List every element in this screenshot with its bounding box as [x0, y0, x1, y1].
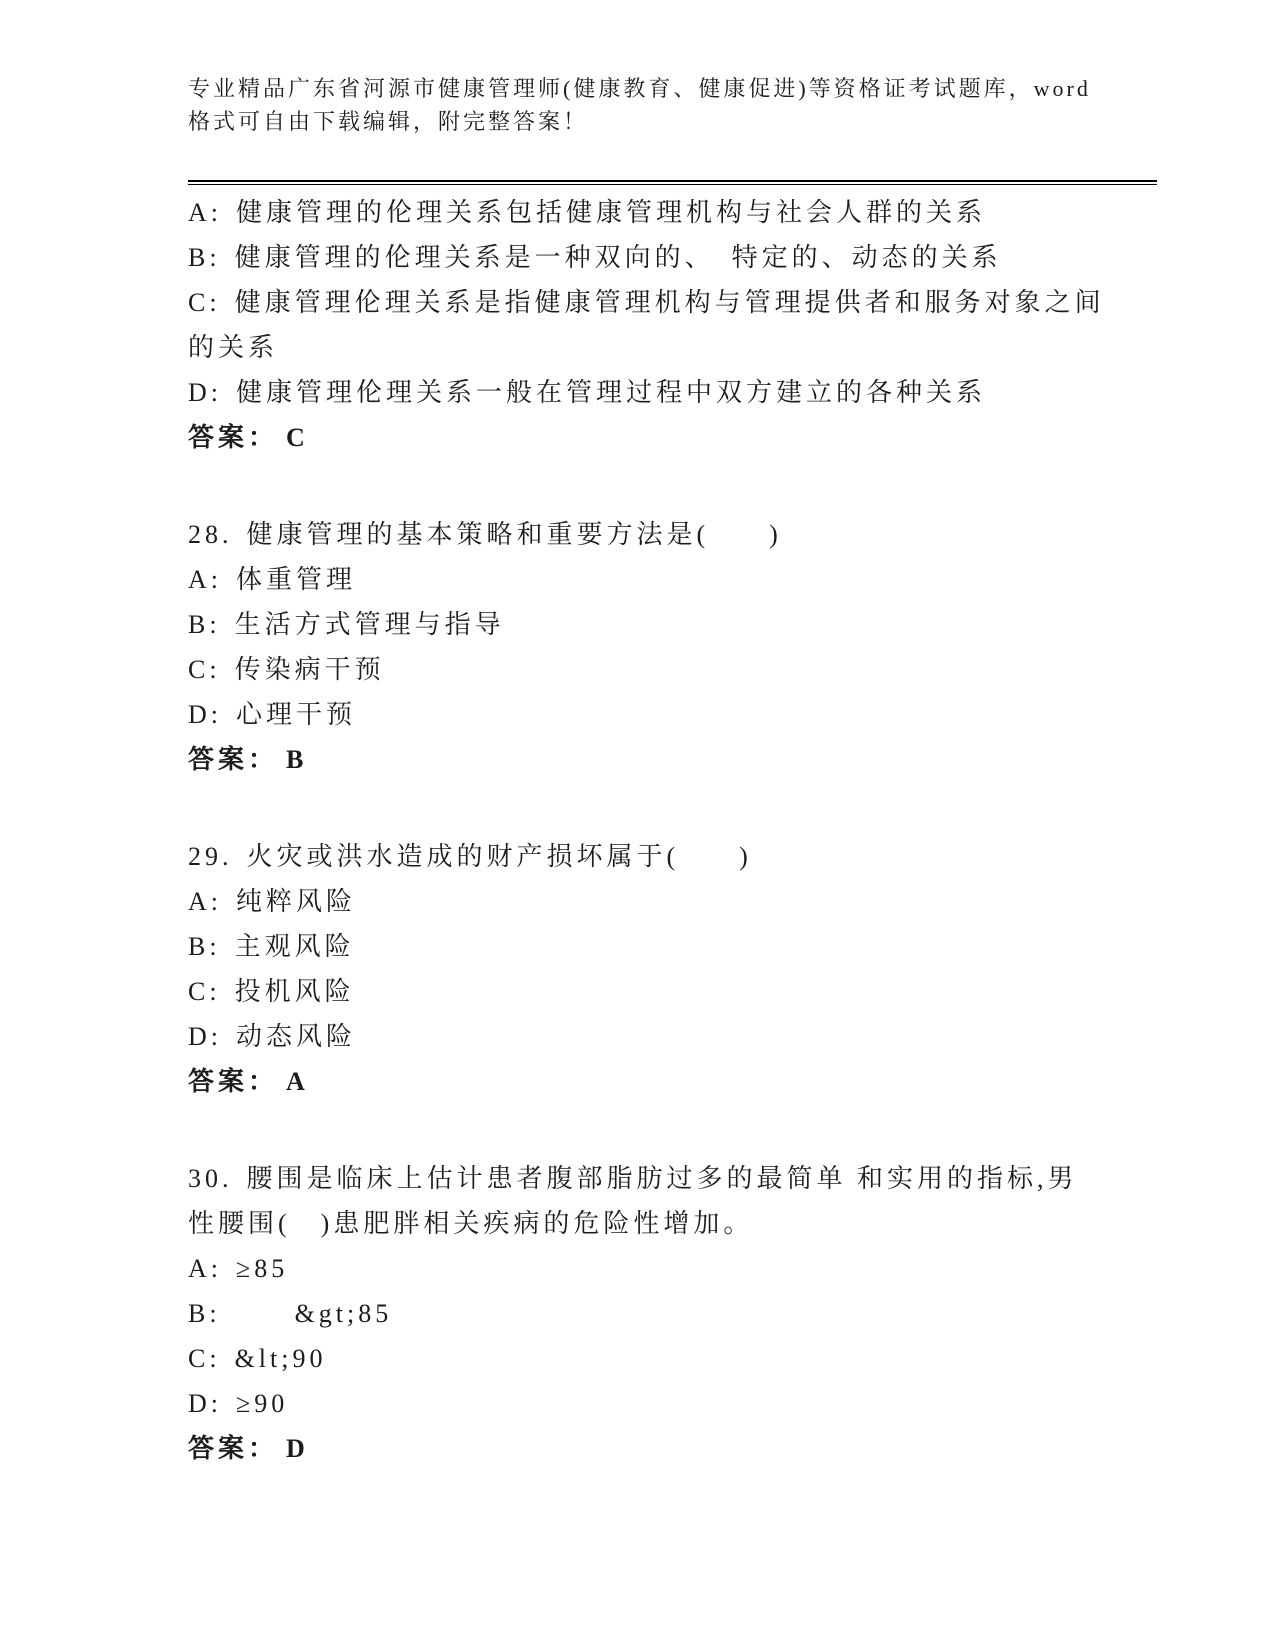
- option-text: ≥90: [236, 1389, 288, 1418]
- option-label: B:: [188, 243, 221, 272]
- option-row: C:&lt;90: [188, 1336, 1157, 1381]
- question-block-30: 30.腰围是临床上估计患者腹部脂肪过多的最简单 和实用的指标,男 性腰围( )患…: [188, 1156, 1157, 1471]
- option-label: A:: [188, 198, 222, 227]
- option-row: B:健康管理的伦理关系是一种双向的、 特定的、动态的关系: [188, 235, 1157, 280]
- option-text: 健康管理的伦理关系包括健康管理机构与社会人群的关系: [236, 198, 986, 227]
- option-row: C:传染病干预: [188, 647, 1157, 692]
- option-label: D:: [188, 700, 222, 729]
- answer-label: 答案：: [188, 1067, 278, 1096]
- option-text: 投机风险: [235, 977, 355, 1006]
- document-header: 专业精品广东省河源市健康管理师(健康教育、健康促进)等资格证考试题库，word …: [188, 72, 1157, 185]
- question-stem: 30.腰围是临床上估计患者腹部脂肪过多的最简单 和实用的指标,男 性腰围( )患…: [188, 1156, 1157, 1246]
- option-label: B:: [188, 1299, 221, 1328]
- option-row: B:主观风险: [188, 924, 1157, 969]
- answer-label: 答案：: [188, 1434, 278, 1463]
- answer-row: 答案：A: [188, 1059, 1157, 1104]
- option-label: A:: [188, 887, 222, 916]
- option-text: 心理干预: [236, 700, 356, 729]
- option-label: A:: [188, 565, 222, 594]
- answer-label: 答案：: [188, 745, 278, 774]
- option-row: A:纯粹风险: [188, 879, 1157, 924]
- option-text: 主观风险: [235, 932, 355, 961]
- question-text: 健康管理的基本策略和重要方法是( ): [247, 520, 782, 549]
- header-text: 专业精品广东省河源市健康管理师(健康教育、健康促进)等资格证考试题库，word …: [188, 72, 1157, 138]
- option-label: C:: [188, 288, 221, 317]
- option-row: A:体重管理: [188, 557, 1157, 602]
- option-label: C:: [188, 1344, 221, 1373]
- option-text: 动态风险: [236, 1022, 356, 1051]
- question-number: 29.: [188, 842, 233, 871]
- option-text: 健康管理的伦理关系是一种双向的、 特定的、动态的关系: [235, 243, 1002, 272]
- option-row: D:≥90: [188, 1381, 1157, 1426]
- option-row: B: &gt;85: [188, 1291, 1157, 1336]
- option-row: D:心理干预: [188, 692, 1157, 737]
- answer-row: 答案：B: [188, 737, 1157, 782]
- document-page: 专业精品广东省河源市健康管理师(健康教育、健康促进)等资格证考试题库，word …: [0, 0, 1275, 1650]
- answer-row: 答案：D: [188, 1426, 1157, 1471]
- option-row: D:动态风险: [188, 1014, 1157, 1059]
- option-text: 健康管理伦理关系一般在管理过程中双方建立的各种关系: [236, 378, 986, 407]
- option-label: C:: [188, 655, 221, 684]
- question-number: 28.: [188, 520, 233, 549]
- answer-value: A: [286, 1067, 309, 1096]
- option-label: B:: [188, 610, 221, 639]
- option-row: B:生活方式管理与指导: [188, 602, 1157, 647]
- option-label: D:: [188, 1389, 222, 1418]
- option-label: C:: [188, 977, 221, 1006]
- option-row: C:健康管理伦理关系是指健康管理机构与管理提供者和服务对象之间 的关系: [188, 280, 1157, 370]
- option-label: D:: [188, 1022, 222, 1051]
- option-text: 生活方式管理与指导: [235, 610, 505, 639]
- option-row: C:投机风险: [188, 969, 1157, 1014]
- option-text: ≥85: [236, 1254, 288, 1283]
- question-block-29: 29.火灾或洪水造成的财产损坏属于( ) A:纯粹风险 B:主观风险 C:投机风…: [188, 834, 1157, 1104]
- answer-value: B: [286, 745, 307, 774]
- option-label: B:: [188, 932, 221, 961]
- question-stem: 29.火灾或洪水造成的财产损坏属于( ): [188, 834, 1157, 879]
- answer-row: 答案：C: [188, 415, 1157, 460]
- question-text: 火灾或洪水造成的财产损坏属于( ): [247, 842, 752, 871]
- option-text: 体重管理: [236, 565, 356, 594]
- option-row: A:≥85: [188, 1246, 1157, 1291]
- question-block-27: A:健康管理的伦理关系包括健康管理机构与社会人群的关系 B:健康管理的伦理关系是…: [188, 190, 1157, 460]
- answer-value: D: [286, 1434, 309, 1463]
- option-text: 纯粹风险: [236, 887, 356, 916]
- answer-value: C: [286, 423, 309, 452]
- option-text: 传染病干预: [235, 655, 385, 684]
- question-stem: 28.健康管理的基本策略和重要方法是( ): [188, 512, 1157, 557]
- answer-label: 答案：: [188, 423, 278, 452]
- option-row: A:健康管理的伦理关系包括健康管理机构与社会人群的关系: [188, 190, 1157, 235]
- question-text: 腰围是临床上估计患者腹部脂肪过多的最简单 和实用的指标,男 性腰围( )患肥胖相…: [188, 1164, 1078, 1238]
- option-text: &gt;85: [235, 1299, 393, 1328]
- document-body: A:健康管理的伦理关系包括健康管理机构与社会人群的关系 B:健康管理的伦理关系是…: [188, 185, 1157, 1471]
- option-label: D:: [188, 378, 222, 407]
- option-label: A:: [188, 1254, 222, 1283]
- option-text: &lt;90: [235, 1344, 327, 1373]
- option-row: D:健康管理伦理关系一般在管理过程中双方建立的各种关系: [188, 370, 1157, 415]
- option-text: 健康管理伦理关系是指健康管理机构与管理提供者和服务对象之间 的关系: [188, 288, 1105, 362]
- question-number: 30.: [188, 1164, 233, 1193]
- question-block-28: 28.健康管理的基本策略和重要方法是( ) A:体重管理 B:生活方式管理与指导…: [188, 512, 1157, 782]
